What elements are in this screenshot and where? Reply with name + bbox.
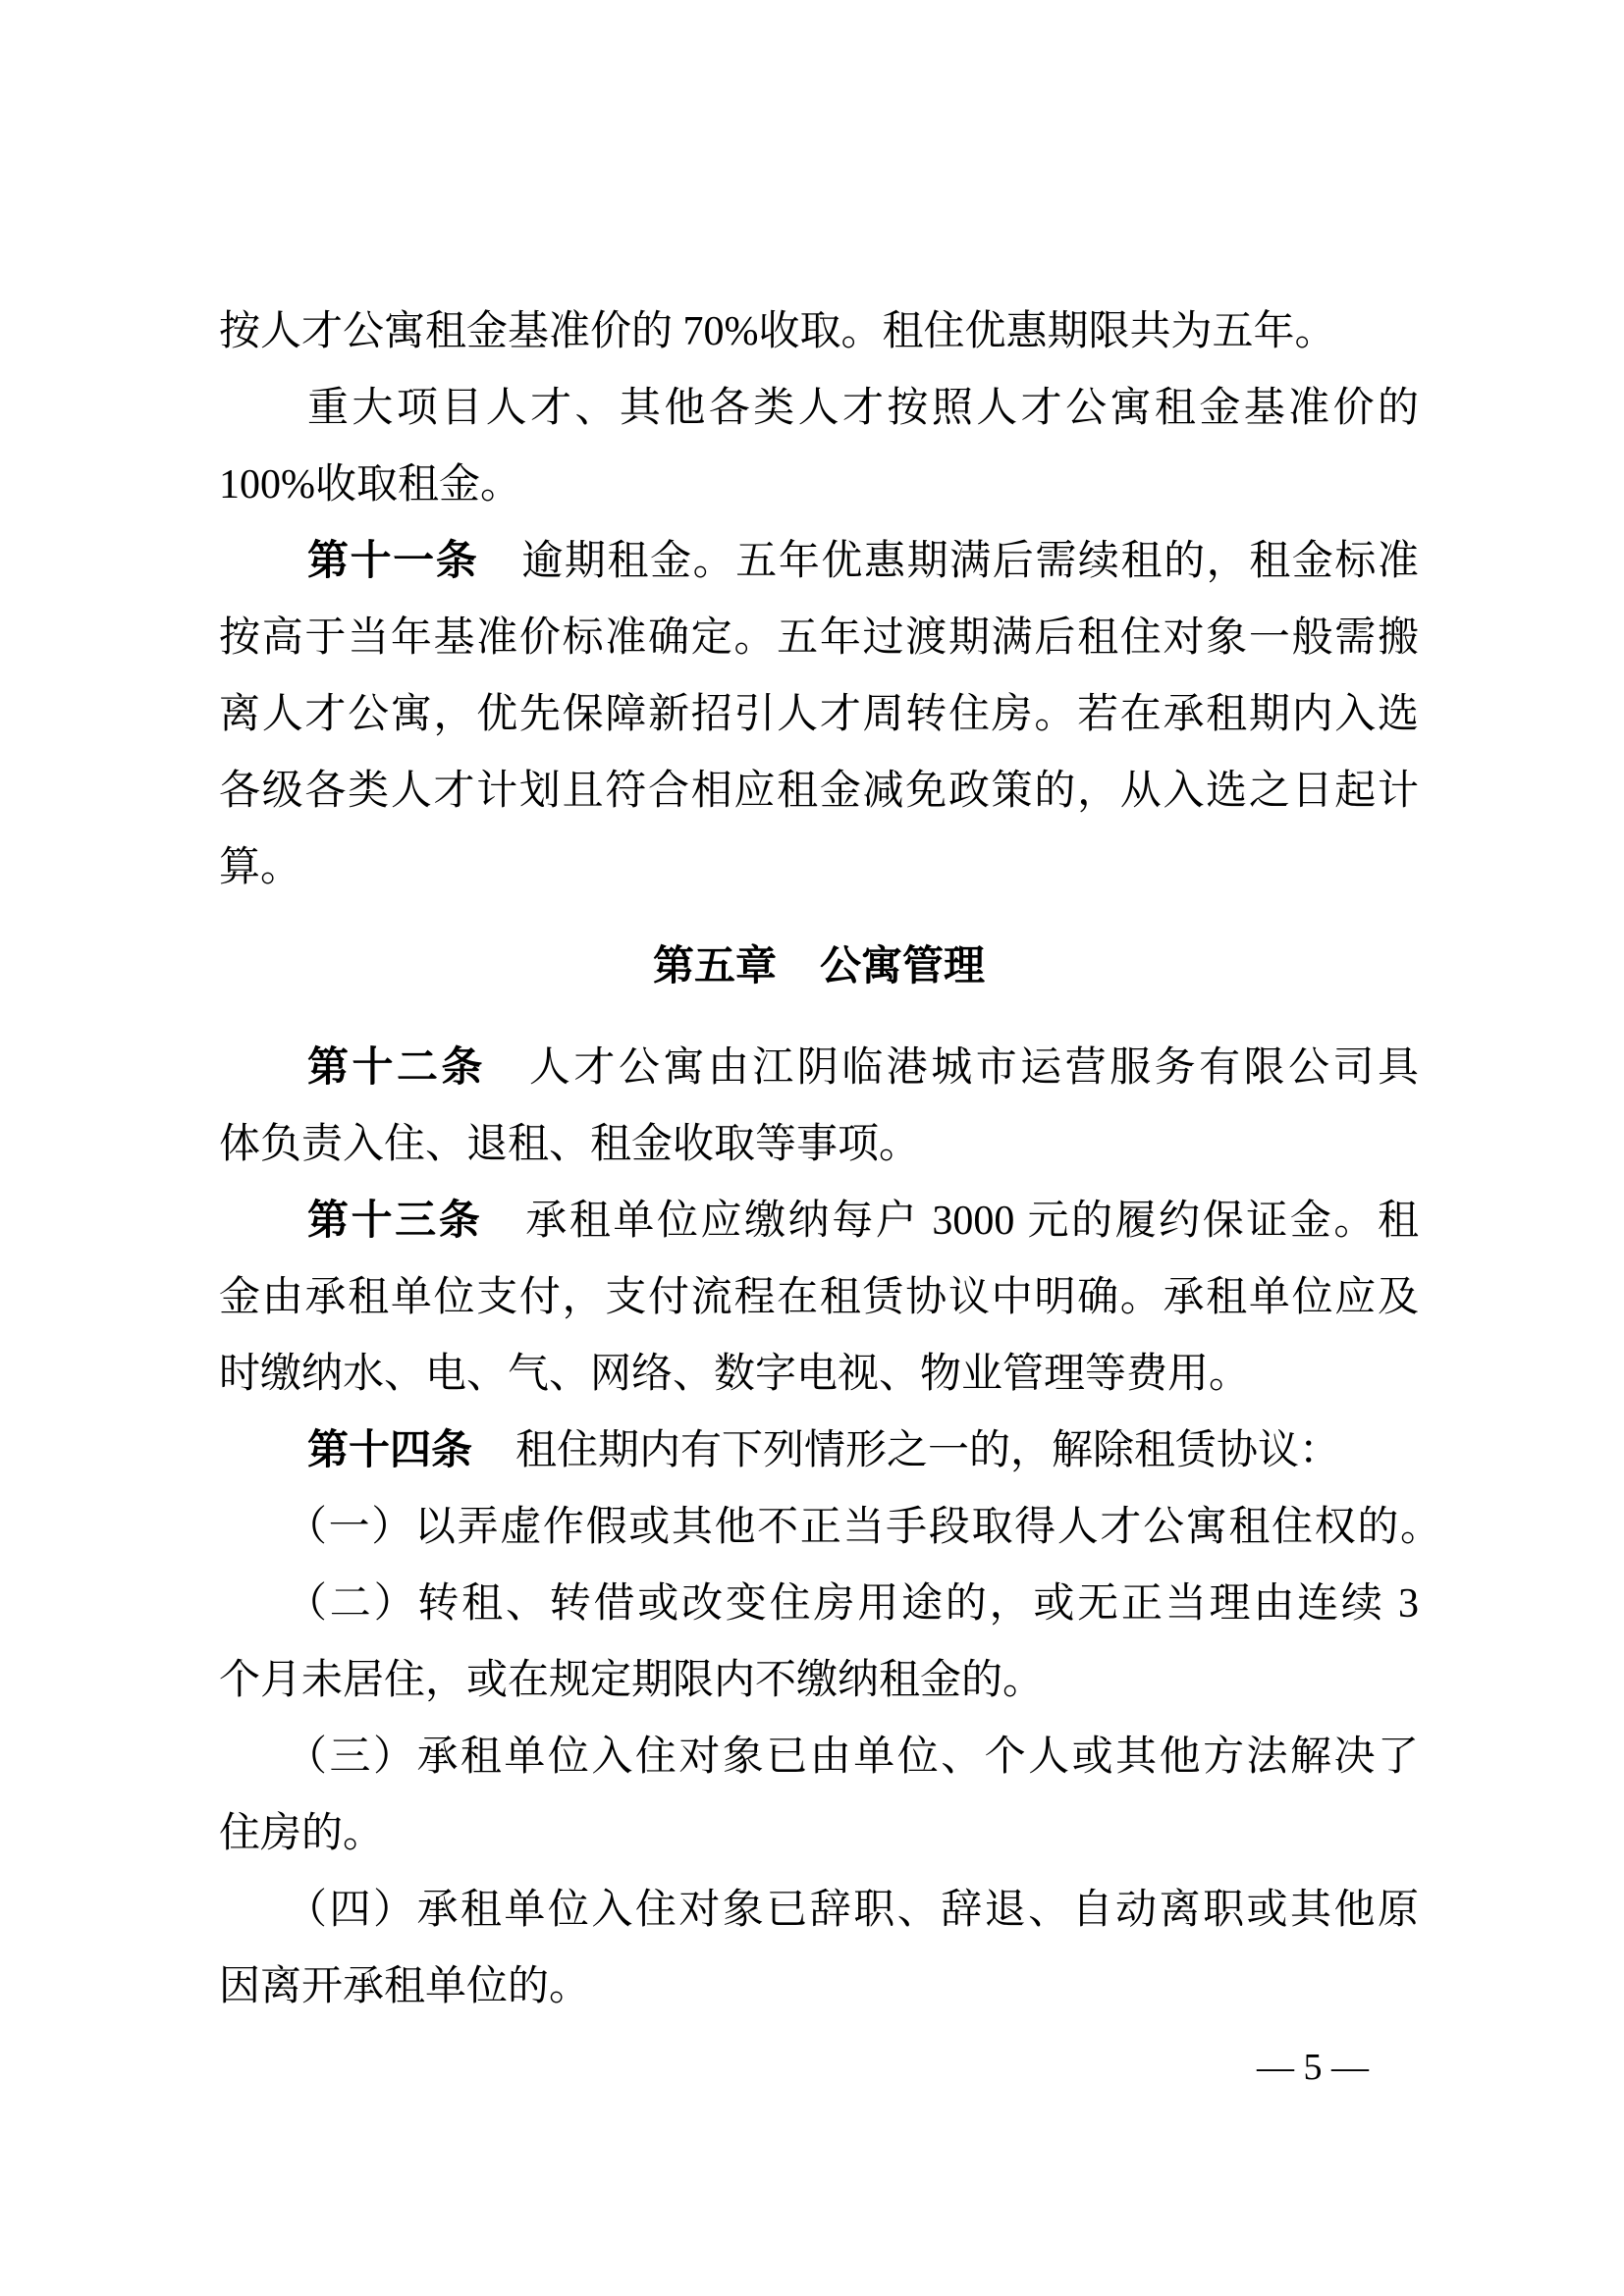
page-number: — 5 — (1239, 2046, 1386, 2089)
paragraph-line: 100%收取租金。 (219, 461, 1419, 508)
paragraph-line: 住房的。 (219, 1810, 1419, 1857)
paragraph-line: 各级各类人才计划且符合相应租金减免政策的，从入选之日起计 (219, 768, 1419, 815)
list-item-1: （一）以弄虚作假或其他不正当手段取得人才公寓租住权的。 (219, 1504, 1441, 1551)
article-text: 租住期内有下列情形之一的，解除租赁协议： (515, 1428, 1340, 1473)
list-item-4: （四）承租单位入住对象已辞职、辞退、自动离职或其他原 (219, 1887, 1419, 1934)
paragraph-line: 算。 (219, 844, 1419, 891)
paragraph-line: 因离开承租单位的。 (219, 1963, 1419, 2010)
article-14-first-line: 第十四条租住期内有下列情形之一的，解除租赁协议： (219, 1427, 1419, 1474)
chapter-number: 第五章 (653, 941, 777, 989)
article-13-first-line: 第十三条承租单位应缴纳每户 3000 元的履约保证金。租 (219, 1198, 1419, 1245)
paragraph-line: 体负责入住、退租、租金收取等事项。 (219, 1121, 1419, 1168)
paragraph-line: 重大项目人才、其他各类人才按照人才公寓租金基准价的 (219, 385, 1419, 432)
list-item-3: （三）承租单位入住对象已由单位、个人或其他方法解决了 (219, 1734, 1419, 1781)
article-12-first-line: 第十二条人才公寓由江阴临港城市运营服务有限公司具 (219, 1044, 1419, 1092)
article-label: 第十四条 (307, 1428, 472, 1473)
paragraph-line: 离人才公寓，优先保障新招引人才周转住房。若在承租期内入选 (219, 691, 1419, 738)
list-item-2: （二）转租、转借或改变住房用途的，或无正当理由连续 3 (219, 1580, 1419, 1628)
chapter-title: 公寓管理 (820, 941, 985, 989)
article-text: 人才公寓由江阴临港城市运营服务有限公司具 (529, 1045, 1419, 1091)
article-label: 第十三条 (307, 1199, 482, 1244)
paragraph-line: 按人才公寓租金基准价的 70%收取。租住优惠期限共为五年。 (219, 308, 1419, 355)
article-text: 逾期租金。五年优惠期满后需续租的，租金标准 (521, 539, 1419, 584)
article-label: 第十二条 (307, 1045, 486, 1091)
article-label: 第十一条 (307, 539, 478, 584)
paragraph-line: 金由承租单位支付，支付流程在租赁协议中明确。承租单位应及 (219, 1274, 1419, 1321)
document-page: 按人才公寓租金基准价的 70%收取。租住优惠期限共为五年。 重大项目人才、其他各… (0, 0, 1624, 2296)
paragraph-line: 个月未居住，或在规定期限内不缴纳租金的。 (219, 1657, 1419, 1704)
paragraph-line: 时缴纳水、电、气、网络、数字电视、物业管理等费用。 (219, 1351, 1419, 1398)
paragraph-line: 按高于当年基准价标准确定。五年过渡期满后租住对象一般需搬 (219, 614, 1419, 662)
article-text: 承租单位应缴纳每户 3000 元的履约保证金。租 (525, 1199, 1419, 1244)
chapter-heading: 第五章公寓管理 (219, 940, 1419, 991)
article-11-first-line: 第十一条逾期租金。五年优惠期满后需续租的，租金标准 (219, 538, 1419, 585)
